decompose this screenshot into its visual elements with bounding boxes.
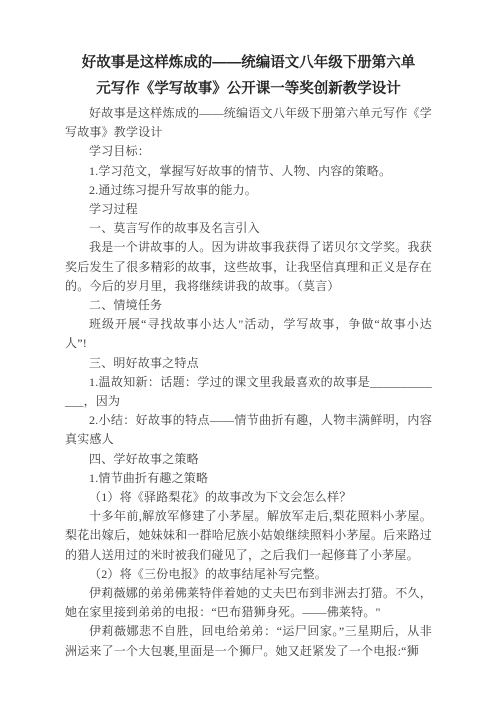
paragraph: 2.通过练习提升写故事的能力。	[65, 181, 432, 200]
paragraph: 1.温故知新：话题：学过的课文里我最喜欢的故事是_____________，因为	[65, 373, 432, 411]
paragraph: （2）将《三份电报》的故事结尾补写完整。	[65, 565, 432, 584]
paragraph: 2.小结：好故事的特点——情节曲折有趣，人物丰满鲜明，内容真实感人	[65, 411, 432, 449]
paragraph: 学习目标：	[65, 142, 432, 161]
document-page: 好故事是这样炼成的——统编语文八年级下册第六单元写作《学写故事》公开课一等奖创新…	[0, 0, 500, 708]
paragraph: 1.学习范文，掌握写好故事的情节、人物、内容的策略。	[65, 162, 432, 181]
paragraph: 班级开展“寻找故事小达人"活动，学写故事，争做“故事小达人”!	[65, 315, 432, 353]
paragraph: 学习过程	[65, 200, 432, 219]
paragraph: 伊莉薇娜的弟弟佛莱特伴着她的丈夫巴布到非洲去打猎。不久，她在家里接到弟弟的电报：…	[65, 584, 432, 622]
document-title: 好故事是这样炼成的——统编语文八年级下册第六单元写作《学写故事》公开课一等奖创新…	[82, 50, 416, 102]
paragraph: 二、情境任务	[65, 296, 432, 315]
paragraph: 伊莉薇娜悲不自胜，回电给弟弟：“运尸回家。”三星期后，从非洲运来了一个大包裹,里…	[65, 622, 432, 660]
document-body: 好故事是这样炼成的——统编语文八年级下册第六单元写作《学写故事》教学设计学习目标…	[65, 104, 432, 661]
paragraph: 好故事是这样炼成的——统编语文八年级下册第六单元写作《学写故事》教学设计	[65, 104, 432, 142]
paragraph: 我是一个讲故事的人。因为讲故事我获得了诺贝尔文学奖。我获奖后发生了很多精彩的故事…	[65, 238, 432, 296]
paragraph: 三、明好故事之特点	[65, 354, 432, 373]
paragraph: 1.情节曲折有趣之策略	[65, 469, 432, 488]
paragraph: （1）将《驿路梨花》的故事改为下文会怎么样？	[65, 488, 432, 507]
paragraph: 一、莫言写作的故事及名言引入	[65, 219, 432, 238]
paragraph: 四、学好故事之策略	[65, 450, 432, 469]
paragraph: 十多年前,解放军修建了小茅屋。解放军走后,梨花照料小茅屋。梨花出嫁后，她妹妹和一…	[65, 507, 432, 565]
